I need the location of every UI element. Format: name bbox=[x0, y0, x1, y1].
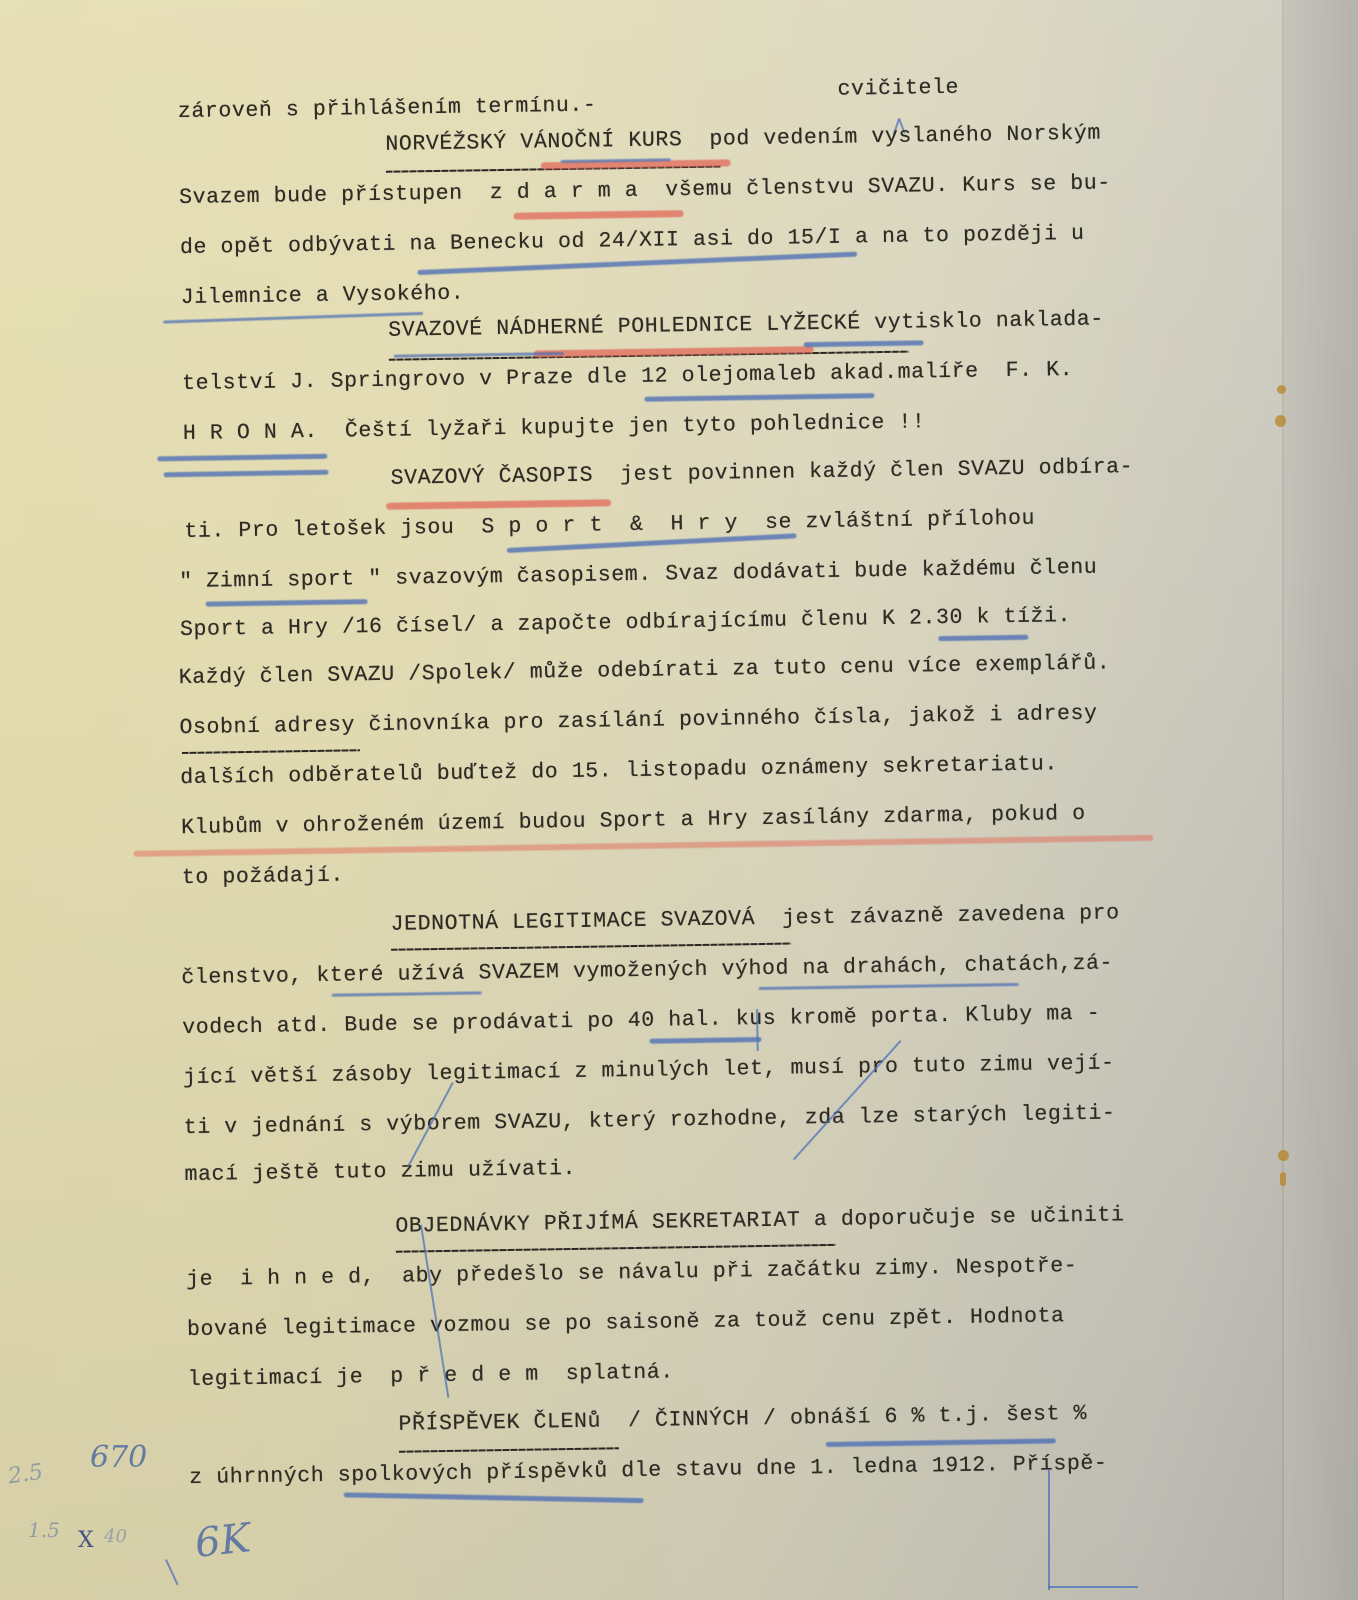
text-line: " Zimní sport " svazovým časopisem. Svaz… bbox=[179, 556, 1097, 594]
text-line: to požádají. bbox=[182, 864, 344, 891]
blue-pencil-underline bbox=[938, 635, 1028, 641]
insertion-note: cvičitele bbox=[837, 76, 959, 102]
handwritten-calc: 670 bbox=[90, 1440, 147, 1475]
text-line: Jilemnice a Vysokého. bbox=[181, 282, 465, 310]
text-line: H R O N A. Čeští lyžaři kupujte jen tyto… bbox=[183, 410, 926, 446]
text-line: jící větší zásoby legitimací z minulých … bbox=[183, 1051, 1115, 1090]
handwritten-calc: 1.5 bbox=[28, 1518, 60, 1542]
red-pencil-underline bbox=[513, 210, 683, 220]
bracket-stroke bbox=[1048, 1586, 1138, 1588]
text-line: ti. Pro letošek jsou S p o r t & H r y s… bbox=[184, 507, 1035, 544]
typed-underline bbox=[399, 1447, 619, 1452]
text-line: Svazem bude přístupen z d a r m a všemu … bbox=[179, 171, 1111, 210]
text-line: Sport a Hry /16 čísel/ a započte odbíraj… bbox=[180, 604, 1071, 642]
section-heading-line: JEDNOTNÁ LEGITIMACE SVAZOVÁ jest závazně… bbox=[390, 901, 1119, 936]
text-line: ti v jednání s výborem SVAZU, který rozh… bbox=[184, 1101, 1116, 1140]
blue-pencil-underline bbox=[206, 599, 368, 607]
handwritten-calc: 40 bbox=[104, 1526, 127, 1547]
bracket-stroke bbox=[1048, 1470, 1050, 1590]
section-heading-line: NORVÉŽSKÝ VÁNOČNÍ KURS pod vedením vysla… bbox=[385, 122, 1101, 157]
blue-pencil-underline bbox=[332, 991, 482, 996]
red-pencil-underline bbox=[386, 499, 611, 510]
text-line: de opět odbývati na Benecku od 24/XII as… bbox=[180, 222, 1085, 260]
handwritten-result: 6K bbox=[193, 1515, 253, 1567]
handwritten-calc: X bbox=[78, 1528, 94, 1553]
blue-pencil-underline bbox=[826, 1438, 1056, 1447]
blue-pencil-underline bbox=[644, 393, 874, 402]
blue-pencil-underline bbox=[163, 312, 423, 324]
text-line: dalších odběratelů buďtež do 15. listopa… bbox=[180, 752, 1058, 790]
section-heading-line: PŘÍSPĚVEK ČLENů / ČINNÝCH / obnáší 6 % t… bbox=[398, 1402, 1087, 1437]
typed-document: cvičitele zároveň s přihlášením termínu.… bbox=[0, 0, 1358, 1600]
section-heading-line: SVAZOVÝ ČASOPIS jest povinnen každý člen… bbox=[390, 455, 1133, 491]
blue-pencil-underline bbox=[804, 340, 924, 347]
text-line: Osobní adresy činovníka pro zasílání pov… bbox=[179, 702, 1097, 740]
typed-underline bbox=[391, 943, 791, 951]
blue-pencil-underline bbox=[344, 1492, 644, 1503]
text-line: je i h n e d, aby předešlo se návalu při… bbox=[186, 1254, 1077, 1292]
typed-underline bbox=[396, 1244, 836, 1253]
blue-pencil-underline bbox=[157, 454, 327, 462]
text-line: legitimací je p ř e d e m splatná. bbox=[188, 1360, 674, 1392]
text-line: z úhrnných spolkových příspěvků dle stav… bbox=[189, 1452, 1107, 1490]
text-line: Každý člen SVAZU /Spolek/ může odebírati… bbox=[179, 651, 1111, 690]
text-line: bované legitimace vozmou se po saisoně z… bbox=[187, 1304, 1065, 1342]
section-heading-line: OBJEDNÁVKY PŘIJÍMÁ SEKRETARIAT a doporuč… bbox=[395, 1203, 1124, 1238]
text-line: zároveň s přihlášením termínu.- bbox=[178, 93, 597, 124]
section-heading-line: SVAZOVÉ NÁDHERNÉ POHLEDNICE LYŽECKÉ vyti… bbox=[388, 308, 1104, 343]
blue-pencil-underline bbox=[164, 470, 329, 478]
text-line: mací ještě tuto zimu užívati. bbox=[184, 1157, 576, 1187]
blue-pencil-underline bbox=[759, 983, 1019, 990]
text-line: Klubům v ohroženém území budou Sport a H… bbox=[181, 802, 1086, 840]
text-line: telství J. Springrovo v Praze dle 12 ole… bbox=[182, 358, 1073, 396]
blue-pencil-underline bbox=[649, 1037, 761, 1044]
text-line: vodech atd. Bude se prodávati po 40 hal.… bbox=[182, 1002, 1100, 1040]
handwritten-calc: 2.5 bbox=[6, 1460, 44, 1490]
typed-underline bbox=[182, 749, 360, 754]
